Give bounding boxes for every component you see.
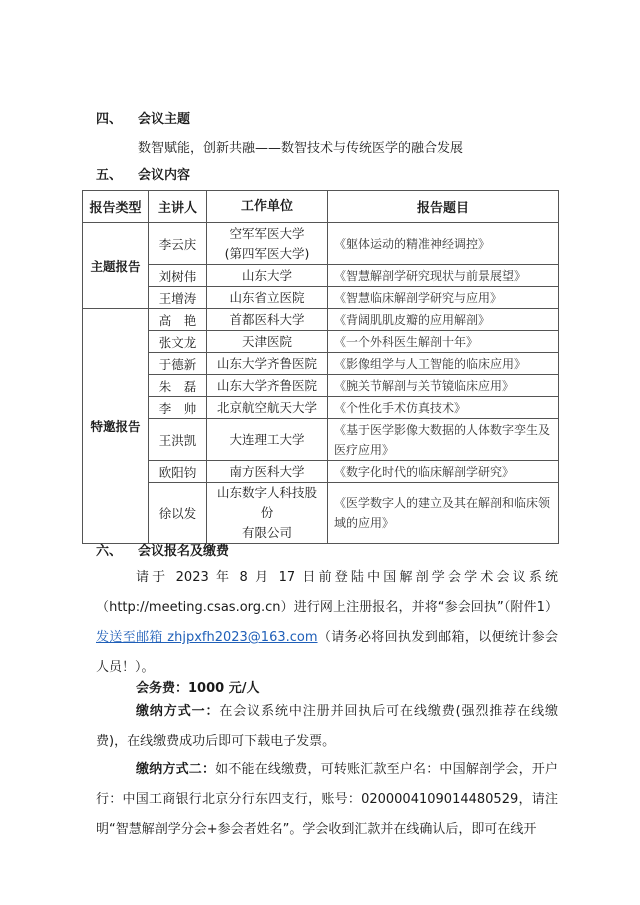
table-header-row: 报告类型 主讲人 工作单位 报告题目	[83, 191, 559, 223]
payment-method-2: 缴纳方式二：如不能在线缴费，可转账汇款至户名：中国解剖学会，开户行：中国工商银行…	[96, 755, 558, 845]
payment-method-1: 缴纳方式一：在会议系统中注册并回执后可在线缴费(强烈推荐在线缴费)，在线缴费成功…	[96, 697, 558, 757]
table-row: 王增涛 山东省立医院 《智慧临床解剖学研究与应用》	[83, 287, 559, 309]
speaker-cell: 王增涛	[149, 287, 207, 309]
speaker-cell: 徐以发	[149, 483, 207, 544]
title-cell: 《智慧临床解剖学研究与应用》	[328, 287, 559, 309]
speaker-cell: 欧阳钧	[149, 461, 207, 483]
speaker-cell: 于德新	[149, 353, 207, 375]
method-2-label: 缴纳方式二：	[136, 762, 215, 777]
speaker-cell: 王洪凯	[149, 419, 207, 461]
unit-cell: 山东省立医院	[207, 287, 328, 309]
unit-cell: 大连理工大学	[207, 419, 328, 461]
registration-text: 请于 2023 年 8 月 17 日前登陆中国解剖学会学术会议系统（http:/…	[96, 570, 558, 615]
unit-cell: 天津医院	[207, 331, 328, 353]
registration-paragraph: 请于 2023 年 8 月 17 日前登陆中国解剖学会学术会议系统（http:/…	[96, 563, 558, 683]
table-row: 张文龙 天津医院 《一个外科医生解剖十年》	[83, 331, 559, 353]
section-number: 六、	[96, 540, 138, 559]
table-row: 徐以发 山东数字人科技股份有限公司 《医学数字人的建立及其在解剖和临床领域的应用…	[83, 483, 559, 544]
title-cell: 《智慧解剖学研究现状与前景展望》	[328, 265, 559, 287]
section-number: 四、	[96, 108, 138, 127]
table-row: 欧阳钧 南方医科大学 《数字化时代的临床解剖学研究》	[83, 461, 559, 483]
header-unit: 工作单位	[207, 191, 328, 223]
table-row: 刘树伟 山东大学 《智慧解剖学研究现状与前景展望》	[83, 265, 559, 287]
title-cell: 《数字化时代的临床解剖学研究》	[328, 461, 559, 483]
program-table: 报告类型 主讲人 工作单位 报告题目 主题报告 李云庆 空军军医大学(第四军医大…	[82, 190, 559, 544]
speaker-cell: 李 帅	[149, 397, 207, 419]
section-title: 会议主题	[138, 108, 190, 127]
speaker-cell: 朱 磊	[149, 375, 207, 397]
unit-cell: 山东大学齐鲁医院	[207, 353, 328, 375]
title-cell: 《基于医学影像大数据的人体数字孪生及医疗应用》	[328, 419, 559, 461]
fee-value: 1000 元/人	[188, 681, 259, 696]
table-row: 特邀报告 高 艳 首都医科大学 《背阔肌肌皮瓣的应用解剖》	[83, 309, 559, 331]
unit-line: 山东数字人科技股份	[213, 483, 321, 523]
table-row: 主题报告 李云庆 空军军医大学(第四军医大学) 《躯体运动的精准神经调控》	[83, 223, 559, 265]
section-6-heading: 六、 会议报名及缴费	[96, 540, 229, 559]
unit-line: (第四军医大学)	[213, 244, 321, 264]
title-cell: 《一个外科医生解剖十年》	[328, 331, 559, 353]
table-row: 于德新 山东大学齐鲁医院 《影像组学与人工智能的临床应用》	[83, 353, 559, 375]
section-number: 五、	[96, 164, 138, 183]
title-cell: 《腕关节解剖与关节镜临床应用》	[328, 375, 559, 397]
unit-line: 空军军医大学	[213, 224, 321, 244]
conference-theme: 数智赋能，创新共融——数智技术与传统医学的融合发展	[138, 137, 463, 156]
section-4-heading: 四、 会议主题	[96, 108, 190, 127]
unit-cell: 山东大学齐鲁医院	[207, 375, 328, 397]
unit-line: 有限公司	[213, 523, 321, 543]
section-title: 会议内容	[138, 164, 190, 183]
header-speaker: 主讲人	[149, 191, 207, 223]
table-row: 王洪凯 大连理工大学 《基于医学影像大数据的人体数字孪生及医疗应用》	[83, 419, 559, 461]
unit-cell: 山东数字人科技股份有限公司	[207, 483, 328, 544]
title-cell: 《躯体运动的精准神经调控》	[328, 223, 559, 265]
table-row: 朱 磊 山东大学齐鲁医院 《腕关节解剖与关节镜临床应用》	[83, 375, 559, 397]
section-5-heading: 五、 会议内容	[96, 164, 190, 183]
title-cell: 《医学数字人的建立及其在解剖和临床领域的应用》	[328, 483, 559, 544]
speaker-cell: 李云庆	[149, 223, 207, 265]
document-page: 四、 会议主题 数智赋能，创新共融——数智技术与传统医学的融合发展 五、 会议内…	[0, 0, 640, 905]
title-cell: 《影像组学与人工智能的临床应用》	[328, 353, 559, 375]
table-row: 李 帅 北京航空航天大学 《个性化手术仿真技术》	[83, 397, 559, 419]
unit-cell: 山东大学	[207, 265, 328, 287]
speaker-cell: 张文龙	[149, 331, 207, 353]
unit-cell: 首都医科大学	[207, 309, 328, 331]
fee-label: 会务费：	[136, 681, 188, 696]
method-1-label: 缴纳方式一：	[136, 704, 219, 719]
report-type-cell: 主题报告	[83, 223, 149, 309]
unit-cell: 南方医科大学	[207, 461, 328, 483]
report-type-cell: 特邀报告	[83, 309, 149, 544]
speaker-cell: 高 艳	[149, 309, 207, 331]
header-title: 报告题目	[328, 191, 559, 223]
email-link[interactable]: 发送至邮箱 zhjpxfh2023@163.com	[96, 630, 318, 645]
section-title: 会议报名及缴费	[138, 540, 229, 559]
title-cell: 《背阔肌肌皮瓣的应用解剖》	[328, 309, 559, 331]
title-cell: 《个性化手术仿真技术》	[328, 397, 559, 419]
fee-line: 会务费：1000 元/人	[136, 677, 259, 696]
unit-cell: 空军军医大学(第四军医大学)	[207, 223, 328, 265]
header-type: 报告类型	[83, 191, 149, 223]
unit-cell: 北京航空航天大学	[207, 397, 328, 419]
speaker-cell: 刘树伟	[149, 265, 207, 287]
